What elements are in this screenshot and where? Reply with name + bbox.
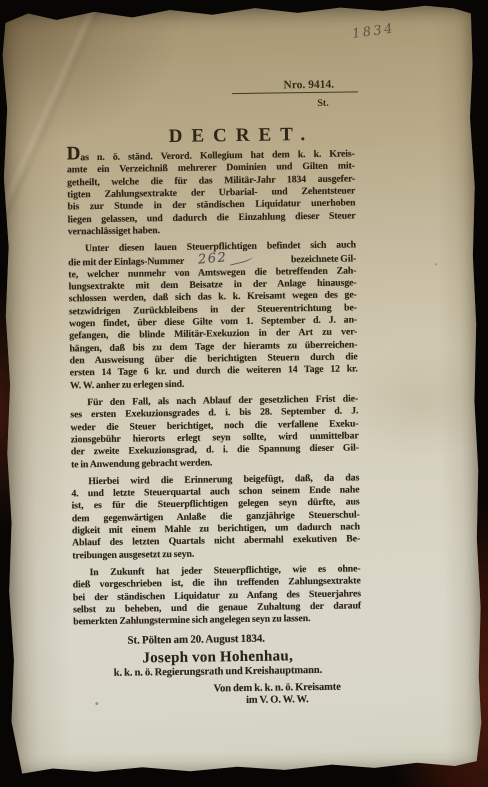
signature-title: k. k. n. ö. Regierungsrath und Kreishaup…: [74, 663, 362, 680]
paragraph-5: In Zukunft hat jeder Steuerpflichtige, w…: [72, 563, 361, 629]
handwriting-flourish: [229, 253, 254, 265]
paragraph-lines: In Zukunft hat jeder Steuerpflichtige, w…: [72, 563, 361, 629]
issuer-office: Von dem k. k. n. ö. Kreisamte im V. O. W…: [74, 681, 362, 710]
paper-sheet: 1834 Nro. 9414. St. DECRET. Das n. ö. st…: [0, 3, 483, 776]
paragraph-1: Das n. ö. ständ. Verord. Kollegium hat d…: [67, 146, 356, 238]
handwritten-entry-number: 262: [198, 252, 228, 267]
text-fragment: bezeichnete Gil-: [291, 253, 356, 266]
paragraph-lines: Hierbei wird die Erinnerung beigefügt, d…: [71, 472, 360, 562]
paragraph-lines: amte ein Verzeichniß mehrerer Dominien u…: [67, 161, 356, 239]
photo-background: { "colors": { "background": "#070605", "…: [0, 0, 488, 787]
reference-subscript: St.: [232, 97, 358, 110]
paragraph-3: Für den Fall, als nach Ablauf der gesetz…: [70, 393, 359, 471]
paper-speck: [435, 263, 437, 265]
paragraph-lines: te, welcher nunmehr von Amtswegen die be…: [68, 265, 358, 392]
reference-number: Nro. 9414.: [232, 78, 358, 94]
paragraph-2: Unter diesen lauen Steuerpflichtigen bef…: [68, 240, 358, 393]
text-line: bemerkten Zahlungstermine sich angelegen…: [73, 613, 361, 629]
drop-cap-initial: D: [67, 149, 81, 159]
decree-title: DECRET.: [101, 123, 381, 149]
handwritten-year-annotation: 1834: [351, 21, 396, 42]
dateline: St. Pölten am 20. August 1834.: [73, 630, 361, 648]
issuer-line: Von dem k. k. n. ö. Kreisamte: [192, 681, 362, 696]
paragraph-4: Hierbei wird die Erinnerung beigefügt, d…: [71, 472, 360, 562]
issuer-line: im V. O. W. W.: [192, 693, 362, 708]
decree-body: Das n. ö. ständ. Verord. Kollegium hat d…: [67, 146, 363, 710]
paragraph-lines: Für den Fall, als nach Ablauf der gesetz…: [70, 393, 359, 471]
